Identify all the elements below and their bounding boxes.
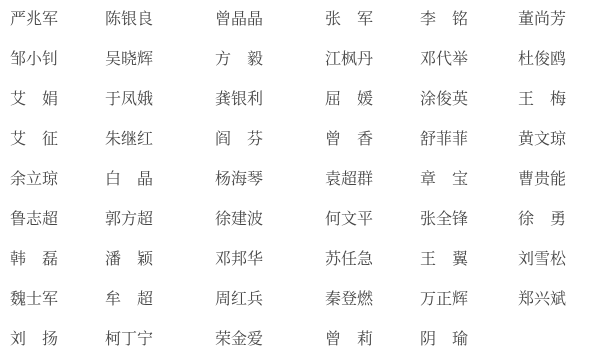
- name-cell: 曾晶晶: [215, 10, 325, 50]
- name-cell: [518, 330, 599, 362]
- person-name: 曾晶晶: [215, 10, 263, 30]
- person-name: 苏任急: [325, 250, 373, 270]
- person-name: 曾莉: [325, 330, 373, 350]
- name-cell: 阴瑜: [420, 330, 518, 362]
- name-cell: 徐勇: [518, 210, 599, 250]
- name-cell: 何文平: [325, 210, 420, 250]
- person-name: 曾香: [325, 130, 373, 150]
- name-cell: 邓邦华: [215, 250, 325, 290]
- name-cell: 龚银利: [215, 90, 325, 130]
- person-name: 郑兴斌: [518, 290, 566, 310]
- person-name: 董尚芳: [518, 10, 566, 30]
- person-name: 潘颖: [105, 250, 153, 270]
- person-name: 余立琼: [10, 170, 58, 190]
- name-cell: 张全锋: [420, 210, 518, 250]
- person-name: 万正辉: [420, 290, 468, 310]
- name-cell: 白晶: [105, 170, 215, 210]
- person-name: 江枫丹: [325, 50, 373, 70]
- person-name: 袁超群: [325, 170, 373, 190]
- person-name: 涂俊英: [420, 90, 468, 110]
- person-name: 郭方超: [105, 210, 153, 230]
- person-name: 徐建波: [215, 210, 263, 230]
- name-cell: 潘颖: [105, 250, 215, 290]
- person-name: 艾娟: [10, 90, 58, 110]
- name-cell: 郑兴斌: [518, 290, 599, 330]
- name-cell: 魏士军: [10, 290, 105, 330]
- name-cell: 艾娟: [10, 90, 105, 130]
- person-name: 徐勇: [518, 210, 566, 230]
- name-cell: 邓代举: [420, 50, 518, 90]
- person-name: 黄文琼: [518, 130, 566, 150]
- name-cell: 江枫丹: [325, 50, 420, 90]
- name-cell: 荣金爱: [215, 330, 325, 362]
- name-cell: 邹小钊: [10, 50, 105, 90]
- name-cell: 方毅: [215, 50, 325, 90]
- name-cell: 涂俊英: [420, 90, 518, 130]
- name-cell: 曾莉: [325, 330, 420, 362]
- name-cell: 鲁志超: [10, 210, 105, 250]
- person-name: 舒菲菲: [420, 130, 468, 150]
- person-name: 邓代举: [420, 50, 468, 70]
- name-cell: 章宝: [420, 170, 518, 210]
- person-name: 严兆军: [10, 10, 58, 30]
- name-cell: 艾征: [10, 130, 105, 170]
- person-name: 秦登燃: [325, 290, 373, 310]
- person-name: 鲁志超: [10, 210, 58, 230]
- name-cell: 苏任急: [325, 250, 420, 290]
- name-cell: 吴晓辉: [105, 50, 215, 90]
- person-name: 邹小钊: [10, 50, 58, 70]
- name-cell: 周红兵: [215, 290, 325, 330]
- name-cell: 刘雪松: [518, 250, 599, 290]
- name-cell: 曾香: [325, 130, 420, 170]
- person-name: 刘雪松: [518, 250, 566, 270]
- person-name: 吴晓辉: [105, 50, 153, 70]
- name-cell: 王翼: [420, 250, 518, 290]
- person-name: 朱继红: [105, 130, 153, 150]
- person-name: 曹贵能: [518, 170, 566, 190]
- person-name: 张军: [325, 10, 373, 30]
- person-name: 于凤娥: [105, 90, 153, 110]
- person-name: 屈媛: [325, 90, 373, 110]
- name-cell: 余立琼: [10, 170, 105, 210]
- person-name: 邓邦华: [215, 250, 263, 270]
- person-name: 牟超: [105, 290, 153, 310]
- name-cell: 屈媛: [325, 90, 420, 130]
- person-name: 柯丁宁: [105, 330, 153, 350]
- name-cell: 陈银良: [105, 10, 215, 50]
- person-name: 李铭: [420, 10, 468, 30]
- name-cell: 刘扬: [10, 330, 105, 362]
- person-name: 刘扬: [10, 330, 58, 350]
- name-cell: 黄文琼: [518, 130, 599, 170]
- name-cell: 曹贵能: [518, 170, 599, 210]
- person-name: 王梅: [518, 90, 566, 110]
- name-cell: 万正辉: [420, 290, 518, 330]
- name-cell: 王梅: [518, 90, 599, 130]
- name-cell: 李铭: [420, 10, 518, 50]
- person-name: 王翼: [420, 250, 468, 270]
- name-cell: 朱继红: [105, 130, 215, 170]
- person-name: 杜俊鸥: [518, 50, 566, 70]
- name-cell: 牟超: [105, 290, 215, 330]
- person-name: 何文平: [325, 210, 373, 230]
- person-name: 艾征: [10, 130, 58, 150]
- name-cell: 严兆军: [10, 10, 105, 50]
- person-name: 韩磊: [10, 250, 58, 270]
- person-name: 白晶: [105, 170, 153, 190]
- name-cell: 杜俊鸥: [518, 50, 599, 90]
- person-name: 魏士军: [10, 290, 58, 310]
- person-name: 龚银利: [215, 90, 263, 110]
- person-name: 周红兵: [215, 290, 263, 310]
- person-name: 张全锋: [420, 210, 468, 230]
- name-cell: 董尚芳: [518, 10, 599, 50]
- name-cell: 韩磊: [10, 250, 105, 290]
- name-cell: 阎芬: [215, 130, 325, 170]
- name-cell: 郭方超: [105, 210, 215, 250]
- name-cell: 杨海琴: [215, 170, 325, 210]
- person-name: 陈银良: [105, 10, 153, 30]
- name-cell: 于凤娥: [105, 90, 215, 130]
- name-cell: 柯丁宁: [105, 330, 215, 362]
- name-cell: 袁超群: [325, 170, 420, 210]
- name-cell: 徐建波: [215, 210, 325, 250]
- person-name: 荣金爱: [215, 330, 263, 350]
- person-name: 章宝: [420, 170, 468, 190]
- name-cell: 秦登燃: [325, 290, 420, 330]
- person-name: 方毅: [215, 50, 263, 70]
- name-list: 严兆军 陈银良 曾晶晶 张军 李铭 董尚芳 邹小钊 吴晓辉 方毅 江枫丹 邓代举…: [10, 10, 599, 362]
- person-name: 阎芬: [215, 130, 263, 150]
- person-name: 杨海琴: [215, 170, 263, 190]
- person-name: 阴瑜: [420, 330, 468, 350]
- name-cell: 张军: [325, 10, 420, 50]
- name-cell: 舒菲菲: [420, 130, 518, 170]
